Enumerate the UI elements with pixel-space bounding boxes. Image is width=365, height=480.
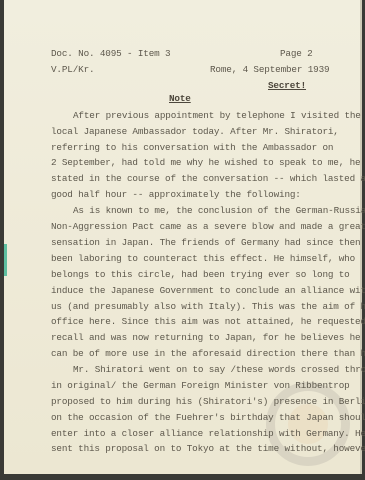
body-line: sensation in Japan. The friends of Germa… — [51, 237, 360, 248]
body-line: sent this proposal on to Tokyo at the ti… — [51, 443, 365, 454]
body-line: stated in the course of the conversation… — [51, 173, 365, 184]
place-date: Rome, 4 September 1939 — [210, 64, 329, 75]
body-line: belongs to this circle, had been trying … — [51, 269, 350, 280]
body-line: induce the Japanese Government to conclu… — [51, 285, 365, 296]
body-line: good half hour -- approximately the foll… — [51, 189, 301, 200]
body-line: enter into a closer alliance relationshi… — [51, 428, 365, 439]
reference-code: V.PL/Kr. — [51, 64, 94, 75]
body-line: can be of more use in the aforesaid dire… — [51, 348, 365, 359]
body-line: proposed to him during his (Shiratori's)… — [51, 396, 365, 407]
document-page: Doc. No. 4095 - Item 3 Page 2 V.PL/Kr. R… — [4, 0, 362, 474]
page-number: Page 2 — [280, 48, 313, 59]
body-line: As is known to me, the conclusion of the… — [73, 205, 365, 216]
body-line: 2 September, had told me why he wished t… — [51, 157, 360, 168]
body-line: been laboring to counteract this effect.… — [51, 253, 355, 264]
body-line: office here. Since this aim was not atta… — [51, 316, 365, 327]
classification: Secret! — [268, 80, 306, 91]
body-line: local Japanese Ambassador today. After M… — [51, 126, 339, 137]
body-line: on the occasion of the Fuehrer's birthda… — [51, 412, 365, 423]
body-line: Mr. Shiratori went on to say /these word… — [73, 364, 365, 375]
body-line: After previous appointment by telephone … — [73, 110, 361, 121]
document-title: Note — [169, 93, 191, 104]
body-line: Non-Aggression Pact came as a severe blo… — [51, 221, 365, 232]
body-line: us (and presumably also with Italy). Thi… — [51, 301, 365, 312]
page-tab-marker — [4, 244, 7, 276]
body-line: referring to his conversation with the A… — [51, 142, 333, 153]
doc-number: Doc. No. 4095 - Item 3 — [51, 48, 170, 59]
body-line: in original/ the German Foreign Minister… — [51, 380, 350, 391]
body-line: recall and was now returning to Japan, f… — [51, 332, 360, 343]
